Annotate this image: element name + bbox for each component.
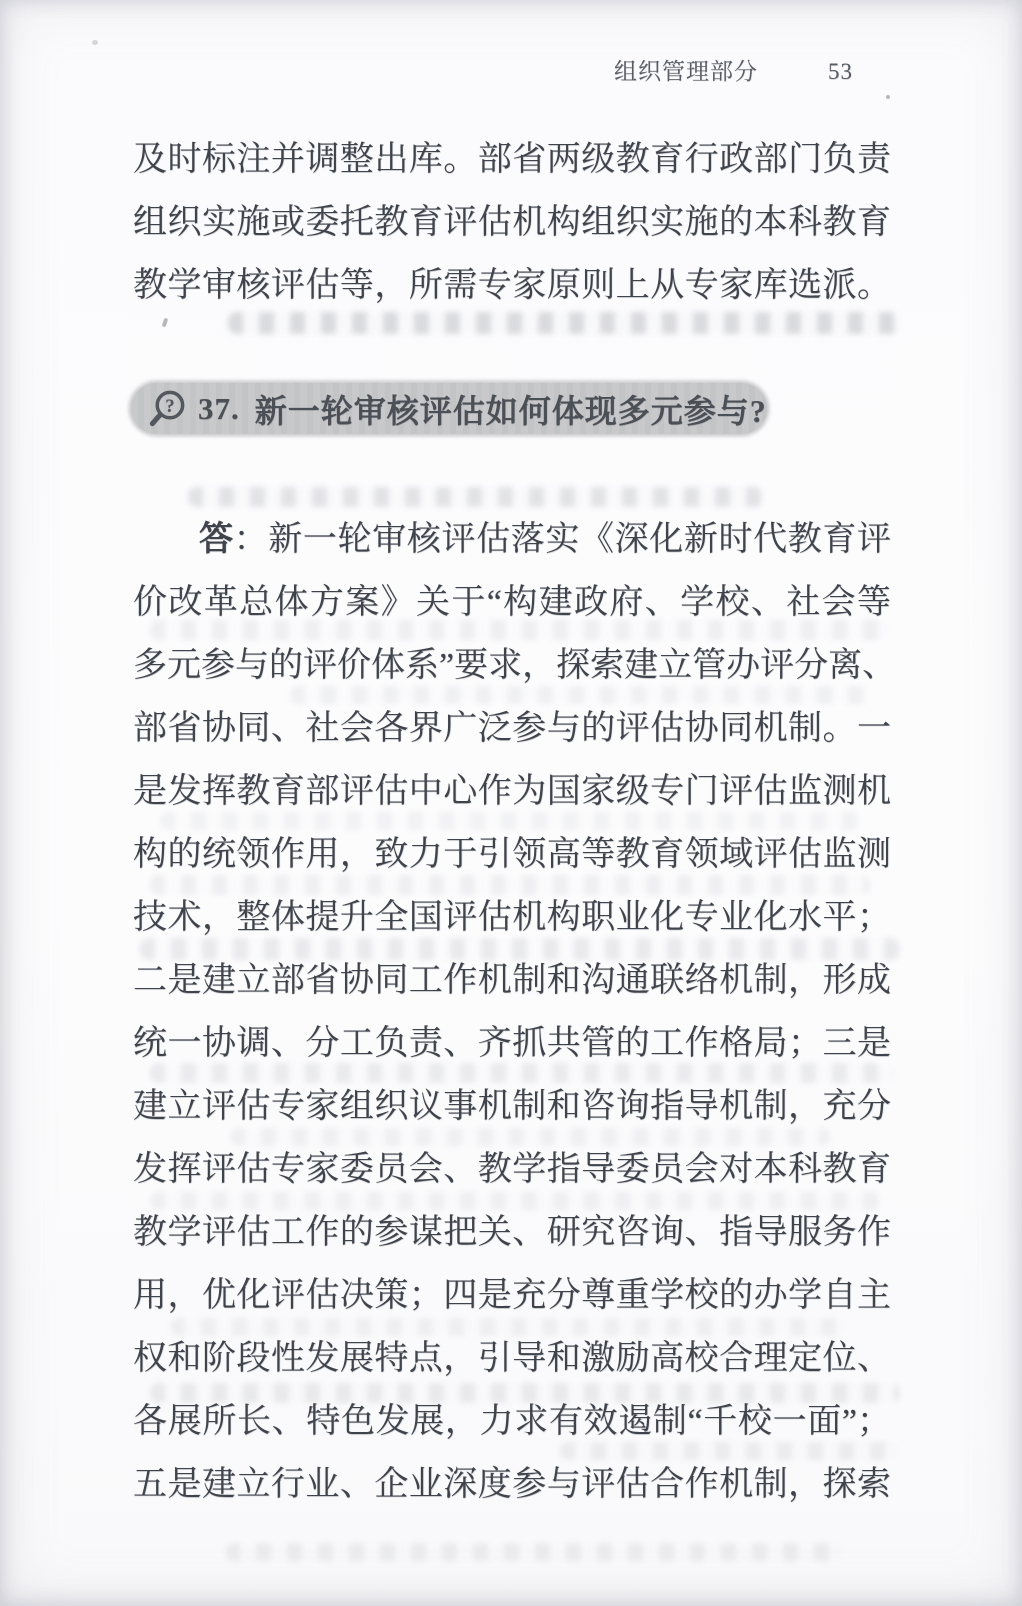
answer-line: 是发挥教育部评估中心作为国家级专门评估监测机: [133, 760, 891, 823]
answer-line: 用，优化评估决策；四是充分尊重学校的办学自主: [133, 1264, 891, 1327]
answer-line: 权和阶段性发展特点，引导和激励高校合理定位、: [133, 1327, 891, 1390]
question-title: 新一轮审核评估如何体现多元参与?: [255, 386, 767, 432]
answer-line: 发挥评估专家委员会、教学指导委员会对本科教育: [133, 1138, 891, 1201]
section-title: 组织管理部分: [614, 53, 758, 86]
page-number: 53: [828, 59, 853, 85]
magnifier-question-icon: ?: [146, 387, 189, 430]
intro-paragraph: 及时标注并调整出库。部省两级教育行政部门负责 组织实施或委托教育评估机构组织实施…: [133, 128, 891, 317]
answer-line: 二是建立部省协同工作机制和沟通联络机制，形成: [133, 949, 891, 1012]
answer-line: 五是建立行业、企业深度参与评估合作机制，探索: [133, 1453, 891, 1516]
answer-line: 技术，整体提升全国评估机构职业化专业化水平；: [133, 886, 891, 949]
svg-text:?: ?: [165, 396, 174, 417]
scanned-book-page: 组织管理部分 53 及时标注并调整出库。部省两级教育行政部门负责 组织实施或委托…: [0, 0, 1022, 1606]
answer-line: 部省协同、社会各界广泛参与的评估协同机制。一: [133, 697, 891, 760]
page-header: 组织管理部分 53: [0, 53, 853, 86]
ghost-text-artifact: [188, 487, 763, 507]
ghost-text-artifact: [225, 1543, 845, 1561]
text-line: 新一轮审核评估落实《深化新时代教育评: [268, 521, 891, 558]
scan-speck: [92, 40, 98, 45]
answer-line: 价改革总体方案》关于“构建政府、学校、社会等: [133, 571, 891, 634]
question-banner: ? 37. 新一轮审核评估如何体现多元参与?: [131, 383, 767, 434]
answer-line: 教学评估工作的参谋把关、研究咨询、指导服务作: [133, 1201, 891, 1264]
answer-label: 答: [199, 521, 234, 558]
answer-line: 构的统领作用，致力于引领高等教育领域评估监测: [133, 823, 891, 886]
answer-line: 多元参与的评价体系”要求，探索建立管办评分离、: [133, 634, 891, 697]
text-line: 组织实施或委托教育评估机构组织实施的本科教育: [133, 191, 891, 254]
answer-separator: ：: [234, 521, 269, 558]
answer-line: 统一协调、分工负责、齐抓共管的工作格局；三是: [133, 1012, 891, 1075]
scan-speck: [162, 318, 169, 328]
text-line: 教学审核评估等，所需专家原则上从专家库选派。: [133, 254, 891, 317]
answer-line: 建立评估专家组织议事机制和咨询指导机制，充分: [133, 1075, 891, 1138]
text-line: 及时标注并调整出库。部省两级教育行政部门负责: [133, 128, 891, 191]
answer-first-line: 答：新一轮审核评估落实《深化新时代教育评: [133, 508, 891, 571]
question-number: 37.: [198, 391, 240, 427]
scan-speck: [886, 95, 890, 99]
answer-paragraph: 答：新一轮审核评估落实《深化新时代教育评 价改革总体方案》关于“构建政府、学校、…: [133, 508, 891, 1516]
answer-line: 各展所长、特色发展，力求有效遏制“千校一面”；: [133, 1390, 891, 1453]
